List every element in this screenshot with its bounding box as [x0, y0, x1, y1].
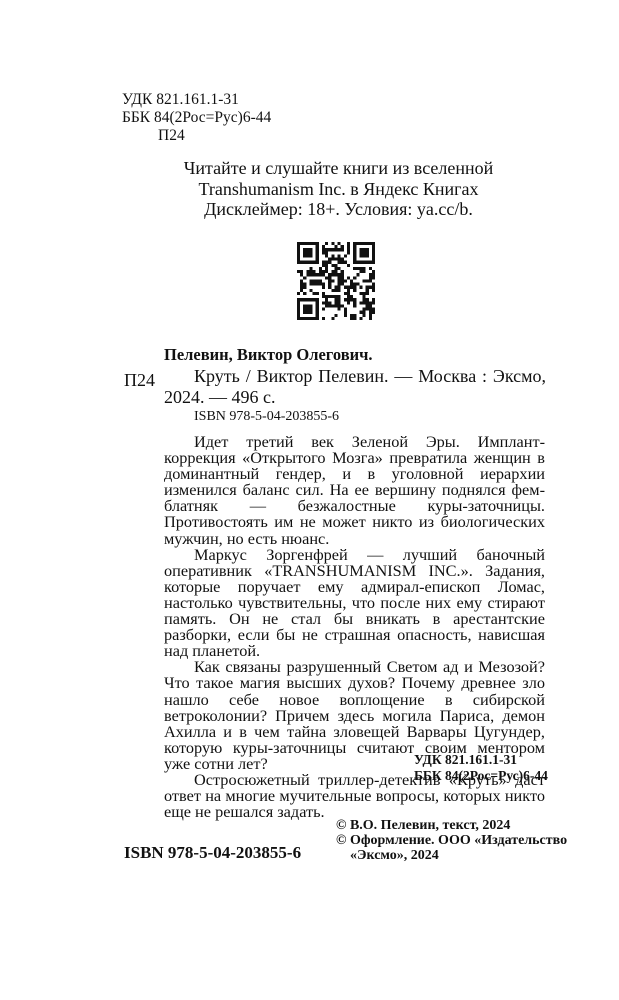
catalog-author: Пелевин, Виктор Олегович.	[164, 346, 373, 364]
bbk-code: ББК 84(2Рос=Рус)6-44	[122, 109, 271, 127]
bbk-code: ББК 84(2Рос=Рус)6-44	[414, 768, 548, 784]
classification-codes-bottom: УДК 821.161.1-31 ББК 84(2Рос=Рус)6-44	[414, 752, 548, 783]
promo-line: Читайте и слушайте книги из вселенной	[120, 158, 557, 179]
promo-line: Дисклеймер: 18+. Условия: ya.cc/b.	[120, 199, 557, 220]
catalog-isbn: ISBN 978-5-04-203855-6	[194, 409, 339, 425]
copyright-design: © Оформление. ООО «Издательство	[336, 833, 567, 848]
copyright-design-cont: «Эксмо», 2024	[336, 848, 567, 863]
udk-code: УДК 821.161.1-31	[122, 91, 271, 109]
udk-code: УДК 821.161.1-31	[414, 752, 548, 768]
qr-code-icon[interactable]	[297, 242, 375, 320]
annotation-paragraph: Идет третий век Зеленой Эры. Имплант-кор…	[164, 434, 545, 547]
annotation-paragraph: Маркус Зоргенфрей — лучший баночный опер…	[164, 547, 545, 660]
catalog-author-mark: П24	[124, 370, 155, 390]
promo-text: Читайте и слушайте книги из вселенной Tr…	[120, 158, 557, 220]
qr-code-graphic	[297, 242, 375, 320]
copyright-text: © В.О. Пелевин, текст, 2024	[336, 818, 567, 833]
classification-codes-top: УДК 821.161.1-31 ББК 84(2Рос=Рус)6-44 П2…	[122, 91, 271, 145]
isbn-main: ISBN 978-5-04-203855-6	[124, 843, 301, 863]
copyright-block: © В.О. Пелевин, текст, 2024 © Оформление…	[336, 818, 567, 863]
author-mark: П24	[122, 127, 271, 145]
catalog-title-entry: Круть / Виктор Пелевин. — Москва : Эксмо…	[164, 366, 546, 408]
promo-line: Transhumanism Inc. в Яндекс Книгах	[120, 179, 557, 200]
